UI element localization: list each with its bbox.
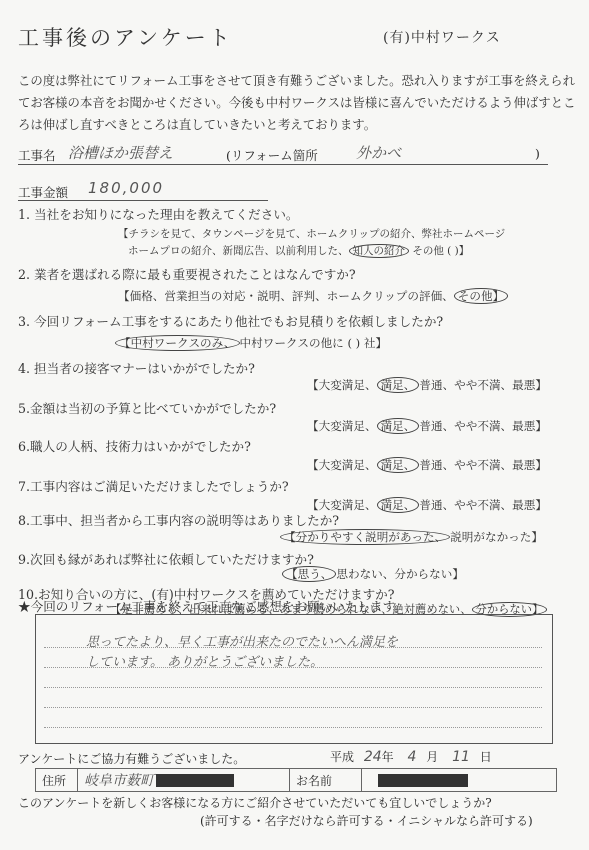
comment-text-line2: しています。 ありがとうございました。 xyxy=(86,651,323,670)
comment-line xyxy=(44,687,542,688)
question-2-options: 【価格、営業担当の対応・説明、評判、ホームクリップの評価、その他】 xyxy=(118,288,508,304)
project-name-value: 浴槽ほか張替え xyxy=(68,142,173,163)
question-6: 6.職人の人柄、技術力はいかがでしたか? xyxy=(18,436,251,455)
customer-info-table: 住所 岐阜市薮町 お名前 xyxy=(35,768,557,792)
question-9: 9.次回も縁があれば弊社に依頼していただけますか? xyxy=(18,549,314,568)
selected-option[interactable]: 【思う、 xyxy=(282,566,336,582)
question-3: 3. 今回リフォーム工事をするにあたり他社でもお見積りを依頼しましたか? xyxy=(18,311,443,330)
selected-option[interactable]: 満足、 xyxy=(377,377,420,393)
selected-option[interactable]: 【分かりやすく説明があった、 xyxy=(280,529,450,545)
redacted-block xyxy=(156,774,234,787)
comment-line xyxy=(44,727,542,728)
consent-question: このアンケートを新しくお客様になる方にご紹介させていただいても宜しいでしょうか? xyxy=(18,794,492,811)
date-year: 24 xyxy=(364,749,382,765)
intro-paragraph: この度は弊社にてリフォーム工事をさせて頂き有難うございました。恐れ入りますが工事… xyxy=(18,70,578,136)
location-close: ) xyxy=(535,146,540,161)
question-1-options-line2: ホームプロの紹介、新聞広告、以前利用した、知人の紹介 その他 ( )】 xyxy=(128,243,469,258)
selected-option[interactable]: 満足、 xyxy=(377,418,420,434)
amount-value: 180,000 xyxy=(88,179,164,197)
selected-option[interactable]: その他】 xyxy=(454,288,508,304)
selected-option[interactable]: 満足、 xyxy=(377,457,420,473)
date-month: 4 xyxy=(408,749,417,765)
date-day: 11 xyxy=(452,749,470,765)
comment-line xyxy=(44,707,542,708)
date-field[interactable]: 平成 24年 4 月 11 日 xyxy=(330,748,492,765)
location-label: (リフォーム箇所 xyxy=(226,146,318,164)
redacted-block xyxy=(378,774,468,787)
thanks-text: アンケートにご協力有難うございました。 xyxy=(18,750,245,767)
question-4-options: 【大変満足、満足、普通、やや不満、最悪】 xyxy=(307,377,547,393)
question-1: 1. 当社をお知りになった理由を教えてください。 xyxy=(18,204,299,223)
project-amount-field[interactable]: 工事金額 180,000 xyxy=(18,180,268,201)
location-value: 外かべ xyxy=(356,142,401,163)
question-2: 2. 業者を選ばれる際に最も重要視されたことはなんですか? xyxy=(18,264,356,283)
question-9-options: 【思う、思わない、分からない】 xyxy=(282,566,464,582)
name-label: お名前 xyxy=(290,769,362,791)
amount-label: 工事金額 xyxy=(18,183,68,201)
comments-textarea[interactable]: 思ってたより、早く工事が出来たのでたいへん満足を しています。 ありがとうござい… xyxy=(35,614,553,744)
address-label: 住所 xyxy=(36,769,78,791)
question-7: 7.工事内容はご満足いただけましたでしょうか? xyxy=(18,476,289,495)
address-value: 岐阜市薮町 xyxy=(84,770,154,790)
question-5-options: 【大変満足、満足、普通、やや不満、最悪】 xyxy=(307,418,547,434)
comments-prompt-visible: ★今回のリフォーム工事を終えて正直なご感想をお願いいたします。 xyxy=(18,596,407,615)
selected-option[interactable]: 知人の紹介 xyxy=(349,244,410,258)
question-5: 5.金額は当初の予算と比べていかがでしたか? xyxy=(18,398,276,417)
question-7-options: 【大変満足、満足、普通、やや不満、最悪】 xyxy=(307,497,547,513)
question-8: 8.工事中、担当者から工事内容の説明等はありましたか? xyxy=(18,510,339,529)
company-name: (有)中村ワークス xyxy=(383,27,501,47)
question-1-options-line1: 【チラシを見て、タウンページを見て、ホームクリップの紹介、弊社ホームページ xyxy=(118,226,505,241)
question-6-options: 【大変満足、満足、普通、やや不満、最悪】 xyxy=(307,457,547,473)
selected-option[interactable]: 満足、 xyxy=(377,497,420,513)
address-field[interactable]: 岐阜市薮町 xyxy=(78,769,290,791)
question-4: 4. 担当者の接客マナーはいかがでしたか? xyxy=(18,358,255,377)
question-3-options: 【中村ワークスのみ、中村ワークスの他に ( ) 社】 xyxy=(115,335,387,351)
consent-options[interactable]: (許可する・名字だけなら許可する・イニシャルなら許可する) xyxy=(200,812,533,829)
survey-title: 工事後のアンケート xyxy=(18,22,233,52)
selected-option[interactable]: 【中村ワークスのみ、 xyxy=(115,335,240,351)
project-name-label: 工事名 xyxy=(18,146,56,164)
comment-text-line1: 思ってたより、早く工事が出来たのでたいへん満足を xyxy=(86,631,398,650)
question-8-options: 【分かりやすく説明があった、説明がなかった】 xyxy=(280,529,543,545)
name-field[interactable] xyxy=(362,769,556,791)
project-name-field[interactable]: 工事名 浴槽ほか張替え (リフォーム箇所 外かべ ) xyxy=(18,142,548,165)
